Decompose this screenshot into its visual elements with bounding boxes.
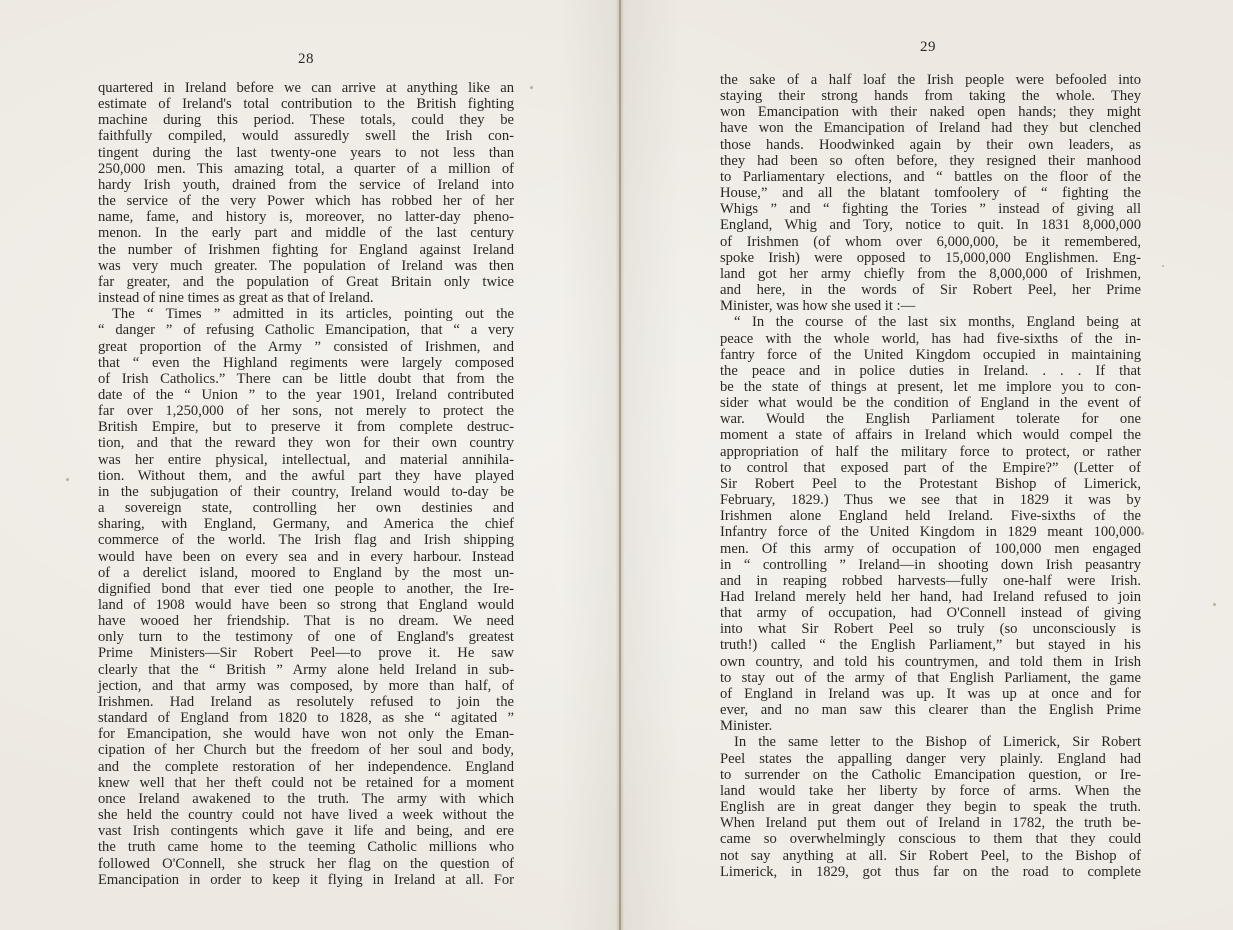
text-line: of England in Ireland was up. It was up … [720,686,1141,702]
text-line: Sir Robert Peel to the Protestant Bishop… [720,476,1141,492]
text-line: of Irishmen (of whom over 6,000,000, be … [720,234,1141,250]
text-line: the number of Irishmen fighting for Engl… [98,242,514,258]
text-line: land got her army chiefly from the 8,000… [720,266,1141,282]
text-line: February, 1829.) Thus we see that in 182… [720,492,1141,508]
text-line: date of the “ Union ” to the year 1901, … [98,387,514,403]
text-line: to stay out of the army of that English … [720,670,1141,686]
text-line: cipation of her Church but the freedom o… [98,742,514,758]
text-line: appropriation of half the military force… [720,444,1141,460]
text-line: moment a state of affairs in Ireland whi… [720,427,1141,443]
book-spread: 28 quartered in Ireland before we can ar… [0,0,1233,930]
text-line: tingent during the last twenty-one years… [98,145,514,161]
text-line: they had been so often before, they resi… [720,153,1141,169]
text-line: British Empire, but to preserve it from … [98,419,514,435]
text-line: fantry force of the United Kingdom occup… [720,347,1141,363]
text-line: Infantry force of the United Kingdom in … [720,524,1141,540]
text-line: and the complete restoration of her inde… [98,759,514,775]
text-line: The “ Times ” admitted in its articles, … [98,306,514,322]
text-line: English are in great danger they begin t… [720,799,1141,815]
text-line: Minister, was how she used it :— [720,298,1141,314]
text-line: for Emancipation, she would have won not… [98,726,514,742]
text-line: have wooed her friendship. That is no dr… [98,613,514,629]
text-line: commerce of the world. The Irish flag an… [98,532,514,548]
text-line: sider what would be the condition of Eng… [720,395,1141,411]
text-line: have won the Emancipation of Ireland had… [720,120,1141,136]
text-line: followed O'Connell, she struck her flag … [98,856,514,872]
text-line: was very much greater. The population of… [98,258,514,274]
text-line: that army of occupation, had O'Connell i… [720,605,1141,621]
text-line: men. Of this army of occupation of 100,0… [720,541,1141,557]
text-line: estimate of Ireland's total contribution… [98,96,514,112]
left-page-body-text: quartered in Ireland before we can arriv… [98,80,514,888]
text-line: machine during this period. These totals… [98,112,514,128]
text-line: only turn to the testimony of one of Eng… [98,629,514,645]
text-line: in “ controlling ” Ireland—in shooting d… [720,557,1141,573]
text-line: name, fame, and history is, moreover, no… [98,209,514,225]
page-number: 29 [920,39,936,56]
text-line: Irishmen. Had Ireland as resolutely refu… [98,694,514,710]
text-line: would have been on every sea and in ever… [98,549,514,565]
text-line: spoke Irish) were opposed to 15,000,000 … [720,250,1141,266]
text-line: Whigs ” and “ fighting the Tories ” inst… [720,201,1141,217]
text-line: Limerick, in 1829, got thus far on the r… [720,864,1141,880]
text-line: staying their strong hands from taking t… [720,88,1141,104]
text-line: land of 1908 would have been so strong t… [98,597,514,613]
text-line: to surrender on the Catholic Emancipatio… [720,767,1141,783]
text-line: of Irish Catholics.” There can be little… [98,371,514,387]
text-line: of a derelict island, moored to England … [98,565,514,581]
text-line: faithfully compiled, would assuredly swe… [98,128,514,144]
text-line: “ danger ” of refusing Catholic Emancipa… [98,322,514,338]
text-line: Irishmen alone England held Ireland. Fiv… [720,508,1141,524]
text-line: England, Whig and Tory, notice to quit. … [720,217,1141,233]
paper-speck [1213,603,1216,606]
text-line: tion. Without them, and the awful part t… [98,468,514,484]
text-line: Peel states the appalling danger very pl… [720,751,1141,767]
text-line: own country, and told his countrymen, an… [720,654,1141,670]
text-line: standard of England from 1820 to 1828, a… [98,710,514,726]
text-line: was her entire physical, intellectual, a… [98,452,514,468]
text-line: knew well that her theft could not be re… [98,775,514,791]
text-line: those hands. Hoodwinked again by their o… [720,137,1141,153]
paper-speck [66,478,69,481]
text-line: instead of nine times as great as that o… [98,290,514,306]
text-line: clearly that the “ British ” Army alone … [98,662,514,678]
text-line: not say anything at all. Sir Robert Peel… [720,848,1141,864]
text-line: sharing, with England, Germany, and Amer… [98,516,514,532]
text-line: the sake of a half loaf the Irish people… [720,72,1141,88]
text-line: vast Irish contingents which gave it lif… [98,823,514,839]
text-line: the service of the very Power which has … [98,193,514,209]
text-line: came so overwhelmingly conscious to them… [720,831,1141,847]
text-line: truth!) called “ the English Parliament,… [720,637,1141,653]
text-line: and here, in the words of Sir Robert Pee… [720,282,1141,298]
text-line: jection, and that army was composed, by … [98,678,514,694]
right-page-body-text: the sake of a half loaf the Irish people… [720,72,1141,880]
text-line: into what Sir Robert Peel so truly (so u… [720,621,1141,637]
text-line: In the same letter to the Bishop of Lime… [720,734,1141,750]
text-line: a sovereign state, controlling her own d… [98,500,514,516]
text-line: peace with the whole world, has had five… [720,331,1141,347]
text-line: land would take her liberty by force of … [720,783,1141,799]
text-line: quartered in Ireland before we can arriv… [98,80,514,96]
text-line: Emancipation in order to keep it flying … [98,872,514,888]
text-line: to control that exposed part of the Empi… [720,460,1141,476]
text-line: to Parliamentary elections, and “ battle… [720,169,1141,185]
text-line: far greater, and the population of Great… [98,274,514,290]
page-number: 28 [298,51,314,68]
paper-speck [1141,532,1144,535]
text-line: far over 1,250,000 of her sons, not mere… [98,403,514,419]
text-line: ever, and no man saw this clearer than t… [720,702,1141,718]
text-line: hardy Irish youth, drained from the serv… [98,177,514,193]
paper-speck [530,86,533,89]
text-line: in the subjugation of their country, Ire… [98,484,514,500]
text-line: dignified bond that ever tied one people… [98,581,514,597]
text-line: she held the country could not have live… [98,807,514,823]
text-line: Minister. [720,718,1141,734]
text-line: Had Ireland merely held her hand, had Ir… [720,589,1141,605]
text-line: menon. In the early part and middle of t… [98,225,514,241]
text-line: “ In the course of the last six months, … [720,314,1141,330]
text-line: great proportion of the Army ” consisted… [98,339,514,355]
text-line: Prime Ministers—Sir Robert Peel—to prove… [98,645,514,661]
text-line: and in reaping robbed harvests—fully one… [720,573,1141,589]
text-line: When Ireland put them out of Ireland in … [720,815,1141,831]
text-line: be the state of things at present, let m… [720,379,1141,395]
text-line: tion, and that the reward they won for t… [98,435,514,451]
text-line: House,” and all the blatant tomfoolery o… [720,185,1141,201]
text-line: war. Would the English Parliament tolera… [720,411,1141,427]
book-gutter [616,0,624,930]
text-line: that “ even the Highland regiments were … [98,355,514,371]
text-line: once Ireland awakened to the truth. The … [98,791,514,807]
text-line: 250,000 men. This amazing total, a quart… [98,161,514,177]
text-line: the truth came home to the teeming Catho… [98,839,514,855]
text-line: won Emancipation with their naked open h… [720,104,1141,120]
paper-speck [1162,265,1164,267]
text-line: the peace and in police duties in Irelan… [720,363,1141,379]
